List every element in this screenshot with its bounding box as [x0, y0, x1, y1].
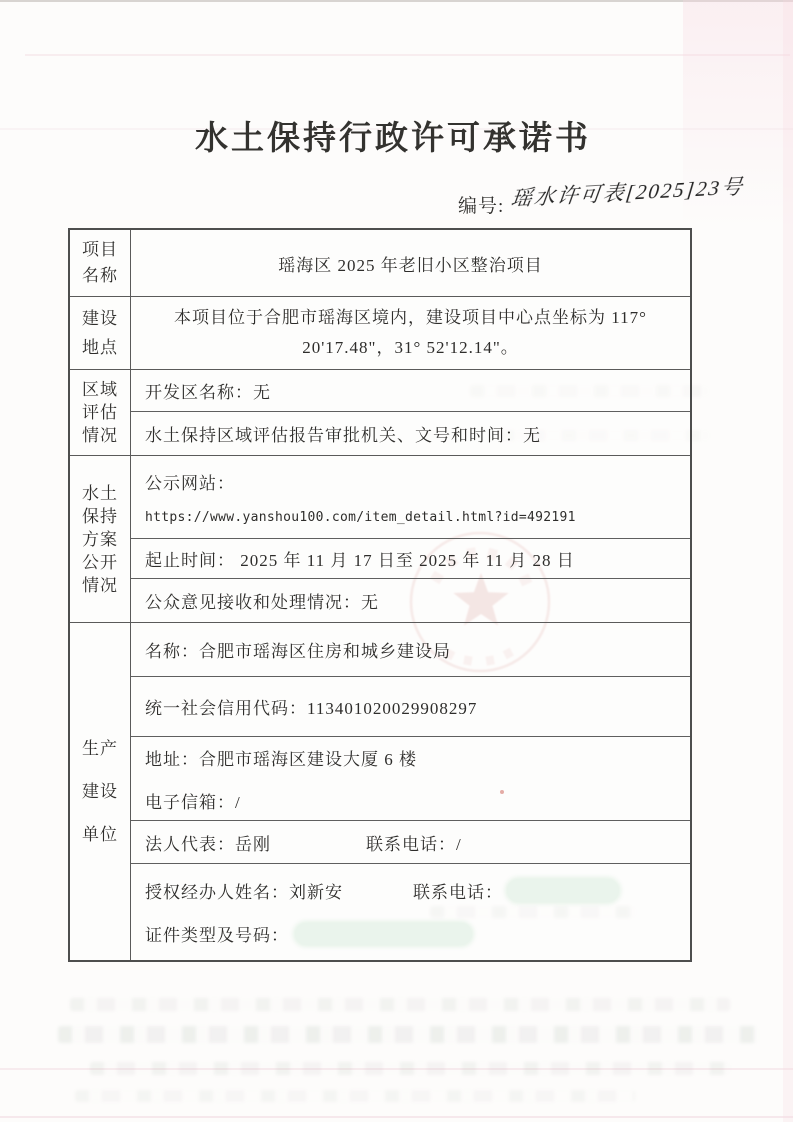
cell-publicity-website: 公示网站： https://www.yanshou100.com/item_de… [131, 456, 690, 538]
id-type-label: 证件类型及号码： [145, 921, 289, 946]
cell-credit-code: 统一社会信用代码：113401020029908297 [131, 676, 690, 736]
row-label-regional-assessment: 区域 评估 情况 [70, 370, 131, 455]
serial-number-label: 编号: [458, 191, 504, 218]
cell-regional-review: 水土保持区域评估报告审批机关、文号和时间：无 [131, 411, 690, 455]
table-row-plan-publicity: 水土 保持 方案 公开 情况 公示网站： https://www.yanshou… [70, 455, 690, 622]
permit-commitment-table: 项目 名称 瑶海区 2025 年老旧小区整治项目 建设 地点 本项目位于合肥市瑶… [68, 228, 692, 962]
website-label: 公示网站： [145, 469, 235, 494]
row-label-plan-publicity: 水土 保持 方案 公开 情况 [70, 456, 131, 622]
page-title: 水土保持行政许可承诺书 [0, 112, 786, 159]
scan-line [25, 54, 790, 56]
row-label-project-name: 项目 名称 [70, 230, 131, 296]
scanned-document-page: 水土保持行政许可承诺书 编号: 瑶水许可表[2025]23号 项目 名称 瑶海区… [0, 0, 793, 1122]
agent-phone-label: 联系电话： [413, 878, 503, 903]
cell-public-feedback: 公众意见接收和处理情况：无 [131, 578, 690, 622]
row-label-construction-unit: 生产 建设 单位 [70, 623, 131, 960]
legal-rep-name: 法人代表：岳刚 [145, 830, 271, 855]
unit-email: 电子信箱：/ [145, 788, 241, 813]
cell-project-name: 瑶海区 2025 年老旧小区整治项目 [131, 230, 690, 296]
bleed-through-text [75, 1090, 635, 1102]
table-row-regional-assessment: 区域 评估 情况 开发区名称：无 水土保持区域评估报告审批机关、文号和时间：无 [70, 369, 690, 455]
cell-dev-zone: 开发区名称：无 [131, 370, 690, 411]
table-row-location: 建设 地点 本项目位于合肥市瑶海区境内，建设项目中心点坐标为 117° 20'1… [70, 296, 690, 369]
table-row-construction-unit: 生产 建设 单位 名称：合肥市瑶海区住房和城乡建设局 统一社会信用代码：1134… [70, 622, 690, 960]
bleed-through-text [70, 998, 730, 1011]
unit-address: 地址：合肥市瑶海区建设大厦 6 楼 [145, 745, 417, 770]
redaction-box-id-number [295, 923, 472, 945]
cell-authorized-agent: 授权经办人姓名：刘新安 联系电话： 证件类型及号码： [131, 863, 690, 960]
scan-top-edge [0, 0, 793, 2]
table-row-project-name: 项目 名称 瑶海区 2025 年老旧小区整治项目 [70, 230, 690, 296]
cell-legal-representative: 法人代表：岳刚 联系电话：/ [131, 820, 690, 863]
bleed-through-text [90, 1062, 730, 1075]
legal-rep-phone: 联系电话：/ [366, 830, 462, 855]
cell-publicity-period: 起止时间： 2025 年 11 月 17 日至 2025 年 11 月 28 日 [131, 538, 690, 579]
agent-name: 授权经办人姓名：刘新安 [145, 878, 343, 903]
row-label-location: 建设 地点 [70, 297, 131, 369]
cell-location: 本项目位于合肥市瑶海区境内，建设项目中心点坐标为 117° 20'17.48"，… [131, 297, 690, 369]
website-url: https://www.yanshou100.com/item_detail.h… [145, 510, 576, 525]
scan-line [0, 1116, 793, 1118]
cell-address-email: 地址：合肥市瑶海区建设大厦 6 楼 电子信箱：/ [131, 736, 690, 821]
cell-unit-name: 名称：合肥市瑶海区住房和城乡建设局 [131, 623, 690, 676]
scan-pink-edge [783, 0, 793, 1122]
bleed-through-text [58, 1026, 758, 1043]
redaction-box-agent-phone [507, 879, 619, 902]
